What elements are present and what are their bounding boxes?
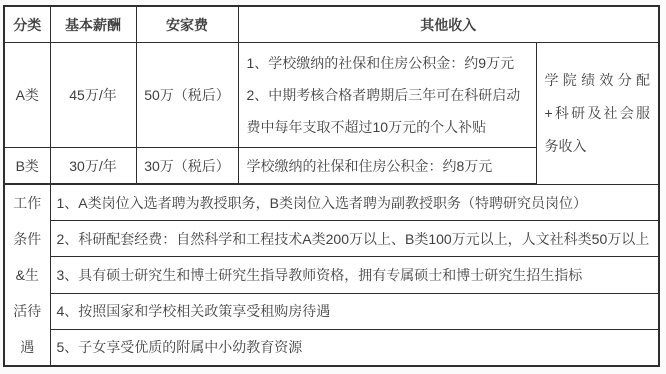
cell-a-base-salary: 45万/年 — [50, 43, 136, 148]
cell-b-other-income: 学校缴纳的社保和住房公积金：约8万元 — [238, 148, 536, 185]
benefit-row-4: 4、按照国家和学校相关政策享受租购房待遇 — [4, 293, 659, 329]
header-settling-allowance: 安家费 — [136, 6, 238, 43]
header-category: 分类 — [4, 6, 50, 43]
benefit-row-2: 2、科研配套经费：自然科学和工程技术A类200万以上、B类100万元以上，人文社… — [4, 221, 659, 257]
benefit-item-4: 4、按照国家和学校相关政策享受租购房待遇 — [50, 293, 659, 329]
table-row-a: A类 45万/年 50万（税后） 1、学校缴纳的社保和住房公积金：约9万元 2、… — [4, 43, 659, 148]
cell-shared-other-income: 学院绩效分配+科研及社会服务收入 — [536, 43, 659, 185]
benefit-row-5: 5、子女享受优质的附属中小幼教育资源 — [4, 329, 659, 366]
cell-a-other-income: 1、学校缴纳的社保和住房公积金：约9万元 2、中期考核合格者聘期后三年可在科研启… — [238, 43, 536, 148]
compensation-table: 分类 基本薪酬 安家费 其他收入 A类 45万/年 50万（税后） 1、学校缴纳… — [3, 5, 660, 367]
cell-a-settling-allowance: 50万（税后） — [136, 43, 238, 148]
page: 分类 基本薪酬 安家费 其他收入 A类 45万/年 50万（税后） 1、学校缴纳… — [0, 0, 666, 374]
cell-a-other-income-item1: 1、学校缴纳的社保和住房公积金：约9万元 — [247, 47, 530, 79]
cell-a-category: A类 — [4, 43, 50, 148]
cell-b-category: B类 — [4, 148, 50, 185]
benefit-item-1: 1、A类岗位入选者聘为教授职务，B类岗位入选者聘为副教授职务（特聘研究员岗位） — [50, 184, 659, 221]
benefit-item-2: 2、科研配套经费：自然科学和工程技术A类200万以上、B类100万元以上，人文社… — [50, 221, 659, 257]
benefit-row-1: 工作条件&生活待遇 1、A类岗位入选者聘为教授职务，B类岗位入选者聘为副教授职务… — [4, 184, 659, 221]
header-row: 分类 基本薪酬 安家费 其他收入 — [4, 6, 659, 43]
header-base-salary: 基本薪酬 — [50, 6, 136, 43]
cell-b-base-salary: 30万/年 — [50, 148, 136, 185]
cell-a-other-income-item2: 2、中期考核合格者聘期后三年可在科研启动费中每年支取不超过10万元的个人补贴 — [247, 79, 530, 143]
cell-b-settling-allowance: 30万（税后） — [136, 148, 238, 185]
benefit-row-3: 3、具有硕士研究生和博士研究生指导教师资格，拥有专属硕士和博士研究生招生指标 — [4, 257, 659, 293]
header-other-income: 其他收入 — [238, 6, 659, 43]
benefit-item-5: 5、子女享受优质的附属中小幼教育资源 — [50, 329, 659, 366]
benefit-item-3: 3、具有硕士研究生和博士研究生指导教师资格，拥有专属硕士和博士研究生招生指标 — [50, 257, 659, 293]
benefits-label: 工作条件&生活待遇 — [4, 184, 50, 366]
